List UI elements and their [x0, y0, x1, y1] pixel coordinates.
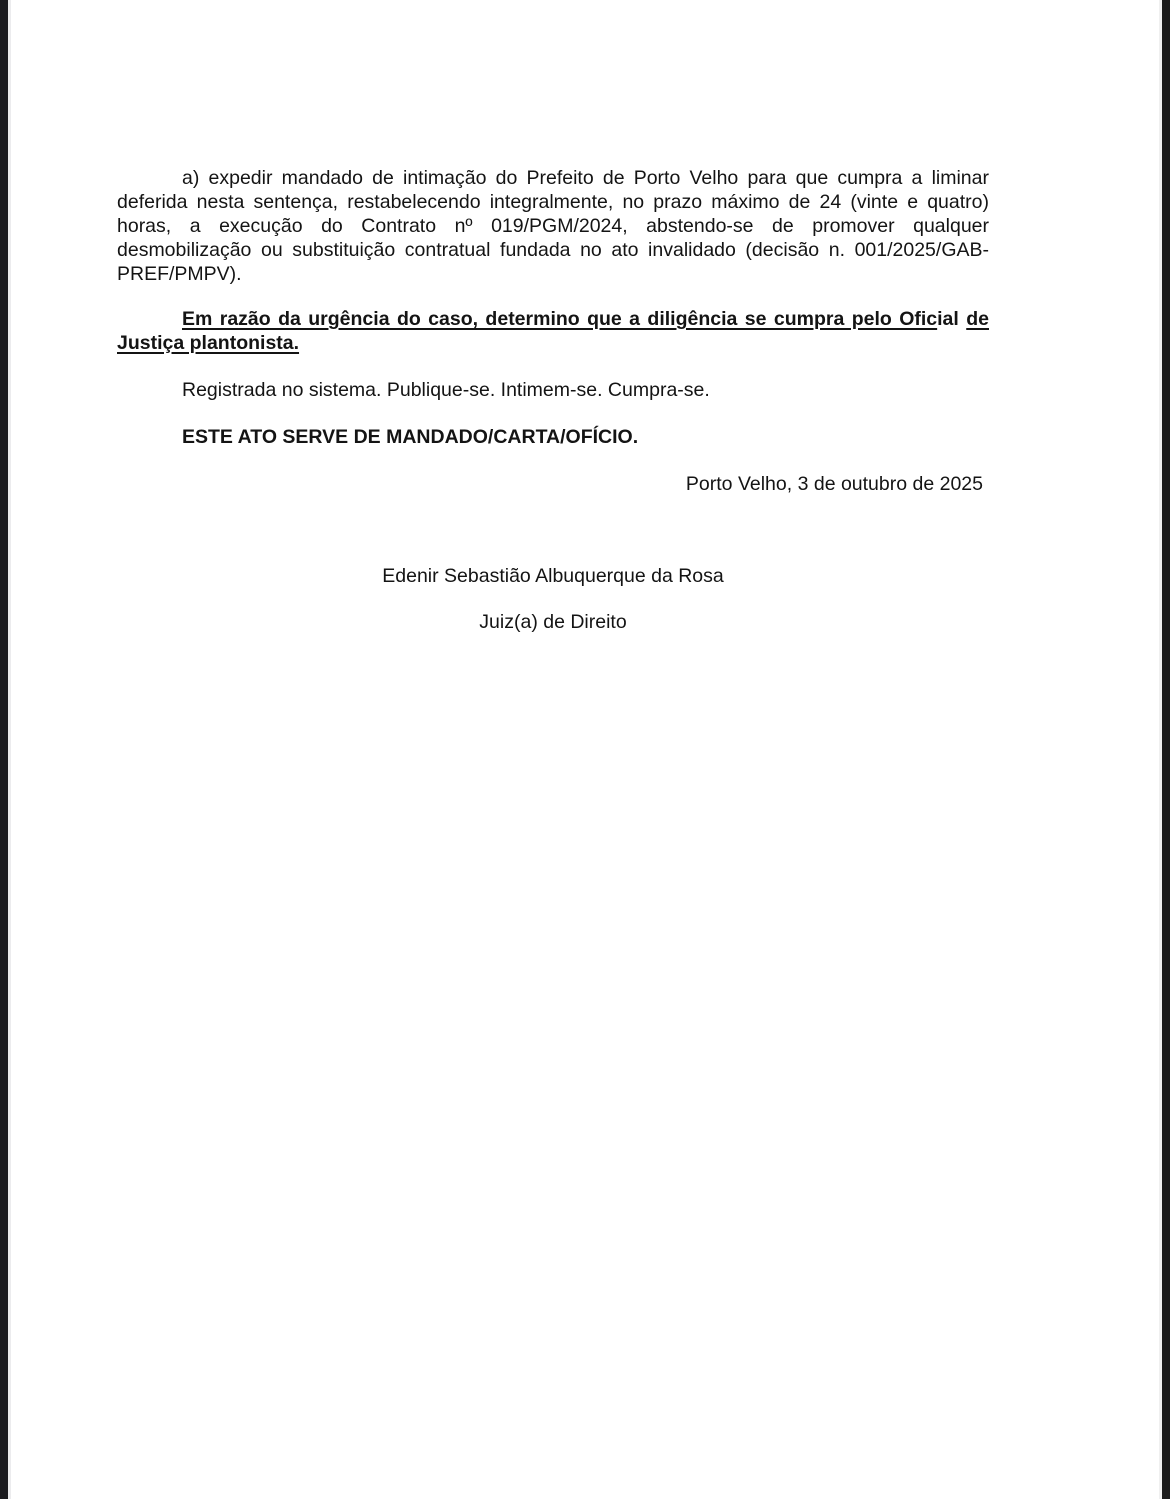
registration-line: Registrada no sistema. Publique-se. Inti… [182, 378, 710, 402]
signatory-role: Juiz(a) de Direito [117, 610, 989, 634]
viewer-left-edge [0, 0, 8, 1499]
place-and-date: Porto Velho, 3 de outubro de 2025 [117, 472, 983, 496]
paragraph-order-a: a) expedir mandado de intimação do Prefe… [117, 166, 989, 286]
document-page: a) expedir mandado de intimação do Prefe… [8, 0, 1162, 1499]
act-notice: ESTE ATO SERVE DE MANDADO/CARTA/OFÍCIO. [182, 425, 638, 449]
signatory-name: Edenir Sebastião Albuquerque da Rosa [117, 564, 989, 588]
urgency-plain-text: ial [937, 308, 959, 330]
viewer-right-edge [1162, 0, 1170, 1499]
urgency-underlined-text: Em razão da urgência do caso, determino … [182, 308, 937, 330]
document-viewer: a) expedir mandado de intimação do Prefe… [0, 0, 1170, 1499]
paragraph-urgency: Em razão da urgência do caso, determino … [117, 307, 989, 355]
